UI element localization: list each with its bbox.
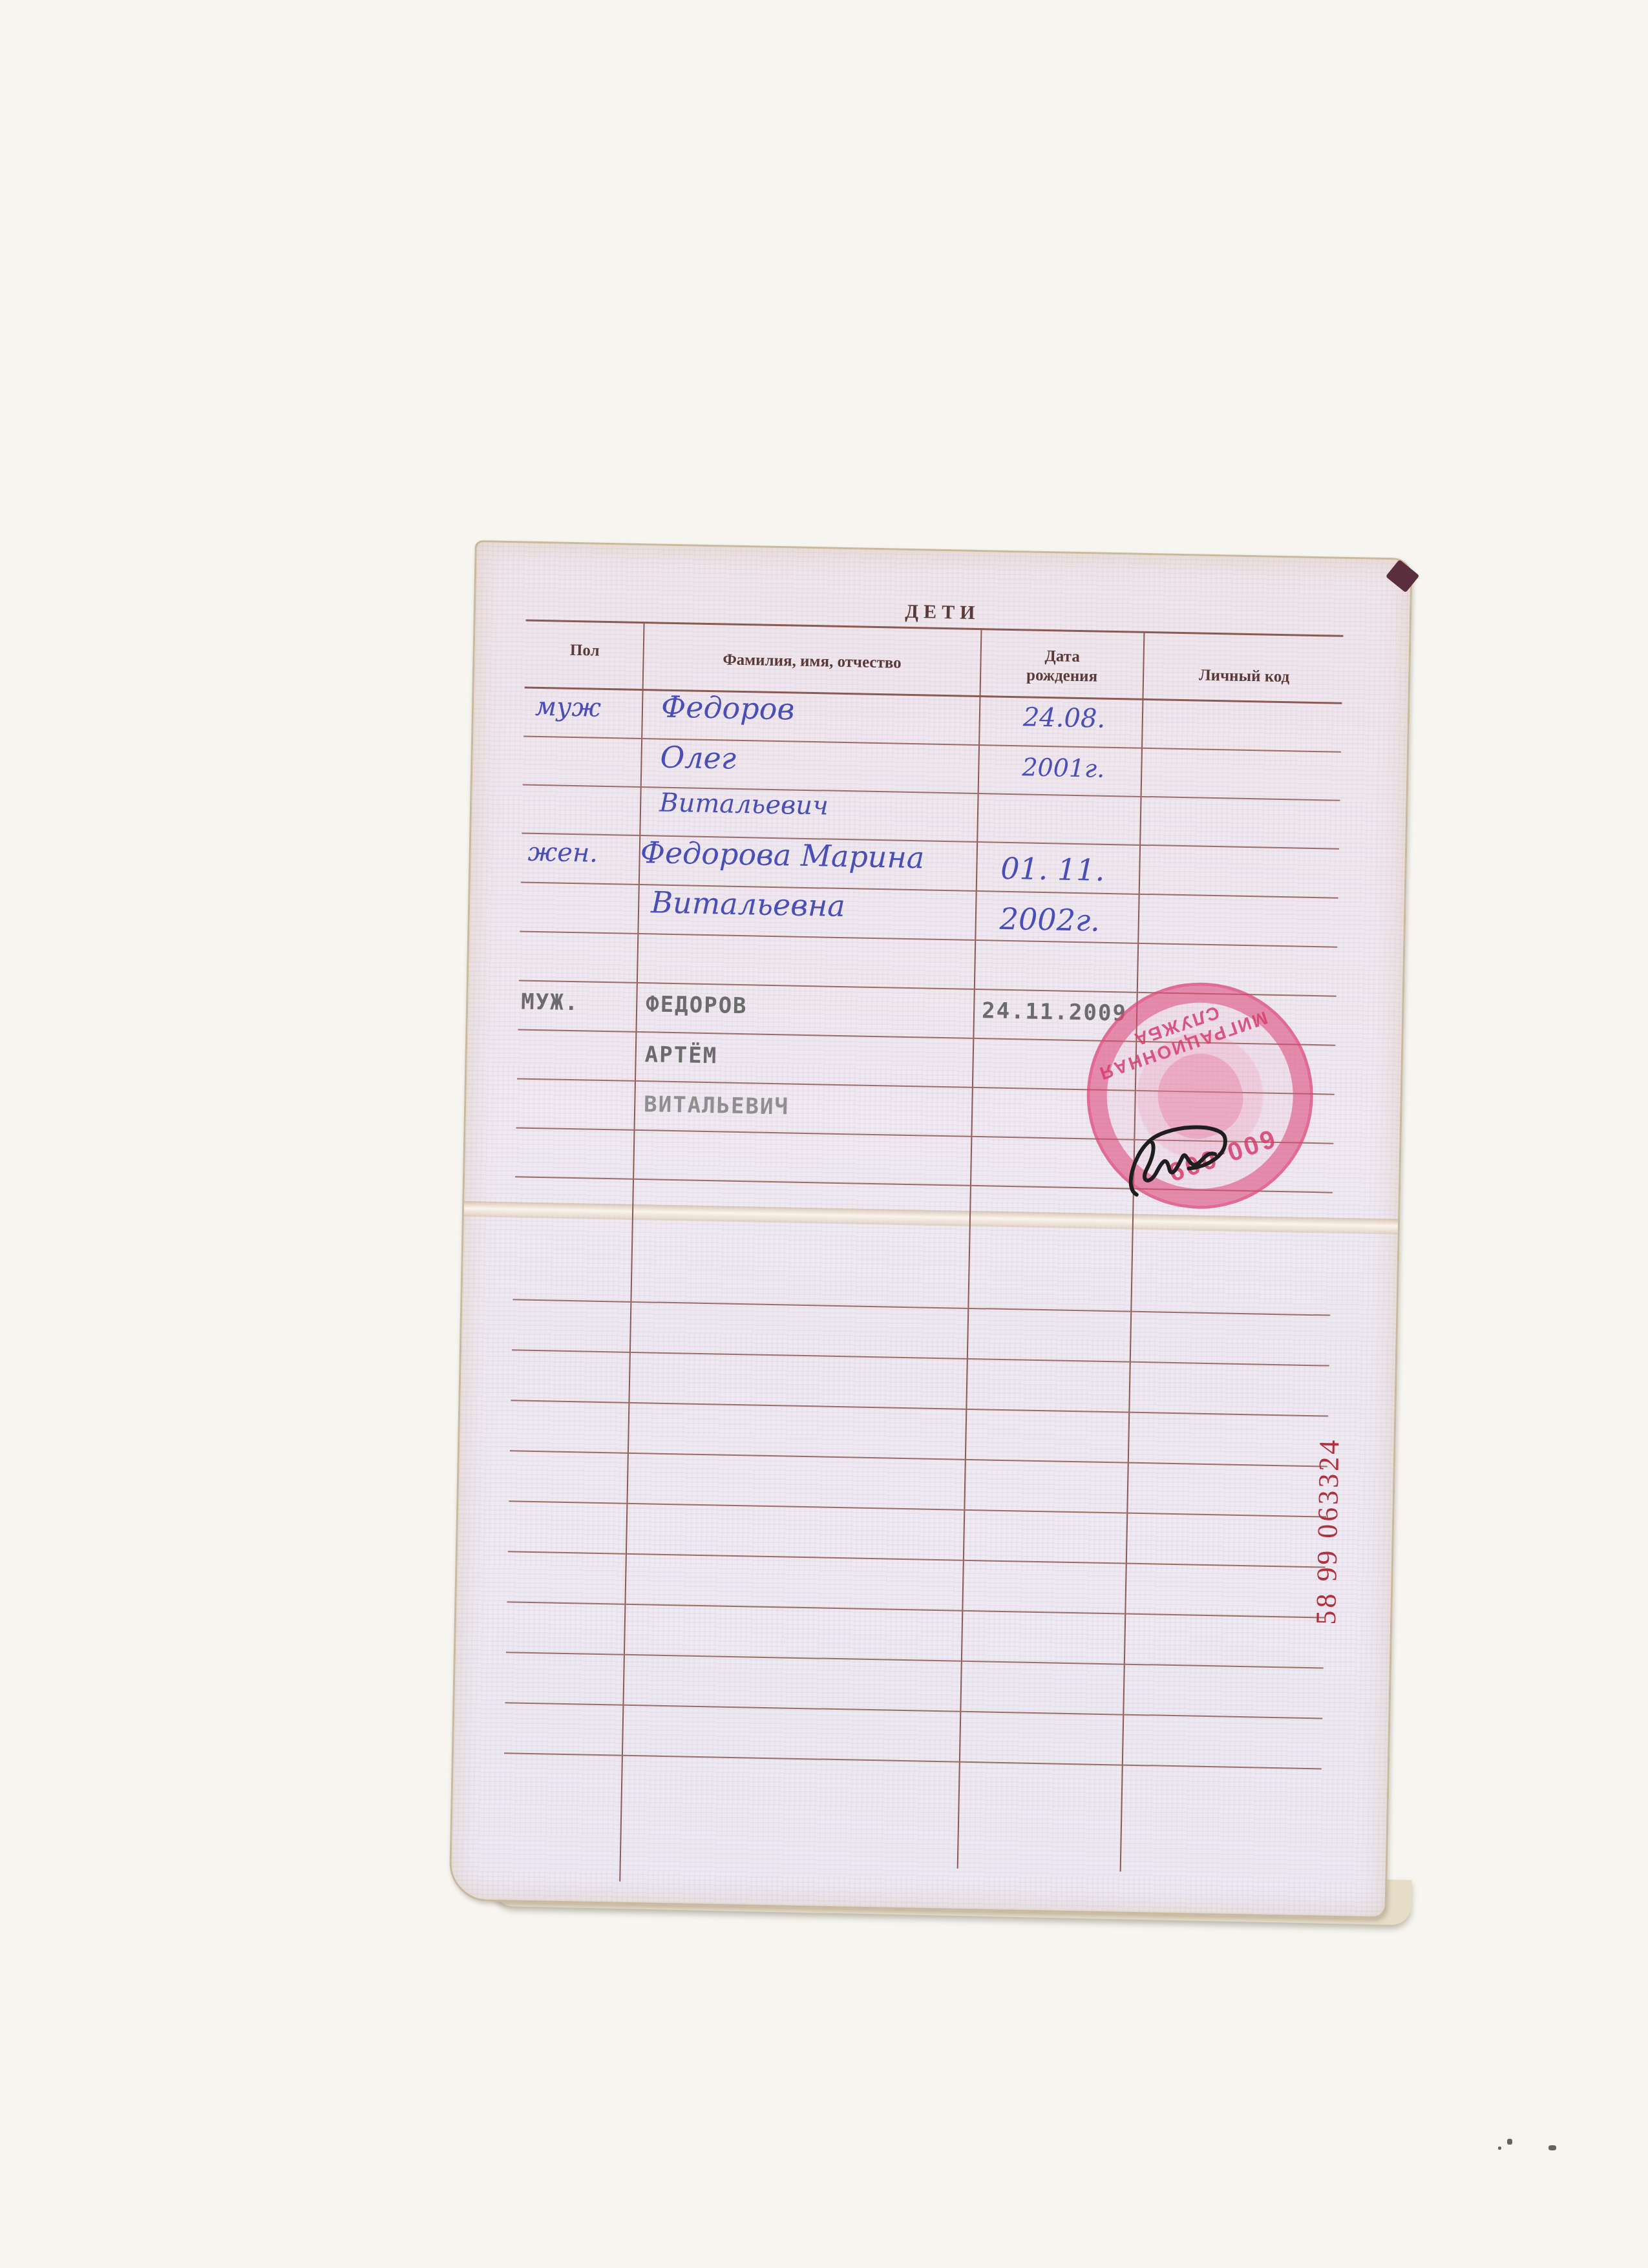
birth-date-label-line1: Дата — [981, 646, 1143, 668]
column-header-birth-date: Дата рождения — [981, 646, 1143, 688]
row-rule — [505, 1702, 1322, 1719]
column-header-personal-code: Личный код — [1144, 665, 1345, 688]
row-rule — [512, 1299, 1330, 1316]
child-2-sex: жен. — [527, 837, 598, 868]
row-rule — [507, 1601, 1324, 1618]
row-rule — [510, 1450, 1327, 1467]
child-3-sex: МУЖ. — [521, 989, 580, 1016]
child-1-surname: Федоров — [661, 689, 795, 727]
child-2-birth-date-day-month: 01. 11. — [1000, 851, 1105, 888]
row-rule — [504, 1752, 1322, 1769]
column-header-full-name: Фамилия, имя, отчество — [644, 649, 980, 675]
header-bottom-rule — [525, 687, 1342, 704]
child-2-patronymic: Витальевна — [651, 885, 846, 923]
dust-speck — [1548, 2145, 1556, 2150]
row-rule — [509, 1500, 1326, 1517]
child-2-surname-first-name: Федорова Марина — [640, 835, 925, 875]
page-fold — [464, 1201, 1398, 1235]
child-3-first-name: АРТЁМ — [644, 1042, 717, 1069]
row-rule — [523, 735, 1341, 752]
row-rule — [512, 1349, 1329, 1366]
row-rule — [521, 881, 1338, 898]
child-1-birth-year: 2001г. — [1022, 753, 1105, 782]
column-rule-1 — [619, 622, 644, 1882]
child-3-patronymic: ВИТАЛЬЕВИЧ — [644, 1091, 789, 1120]
dust-speck — [1498, 2147, 1501, 2150]
child-2-birth-year: 2002г. — [999, 901, 1100, 938]
child-1-birth-date-day-month: 24.08. — [1022, 702, 1105, 733]
child-3-birth-date: 24.11.2009 — [982, 998, 1127, 1026]
row-rule — [508, 1551, 1326, 1568]
child-3-surname: ФЕДОРОВ — [646, 991, 748, 1019]
section-title: ДЕТИ — [476, 593, 1410, 633]
passport-serial-number: 58 99 063324 — [1309, 1437, 1346, 1625]
row-rule — [506, 1652, 1324, 1668]
column-rule-2 — [957, 628, 982, 1869]
birth-date-label-line2: рождения — [981, 665, 1143, 688]
child-1-patronymic: Витальевич — [659, 788, 829, 821]
column-header-sex: Пол — [526, 640, 643, 662]
column-rule-3 — [1120, 631, 1145, 1872]
passport-page-children: ДЕТИ Пол Фамилия, имя, отчество Дата рож… — [449, 540, 1413, 1918]
dust-speck — [1507, 2139, 1512, 2145]
row-rule — [523, 784, 1340, 801]
signature-icon — [1117, 1117, 1235, 1202]
row-rule — [511, 1400, 1328, 1416]
child-1-first-name: Олег — [660, 740, 736, 776]
row-rule — [520, 930, 1337, 947]
child-1-sex: муж — [535, 692, 602, 723]
